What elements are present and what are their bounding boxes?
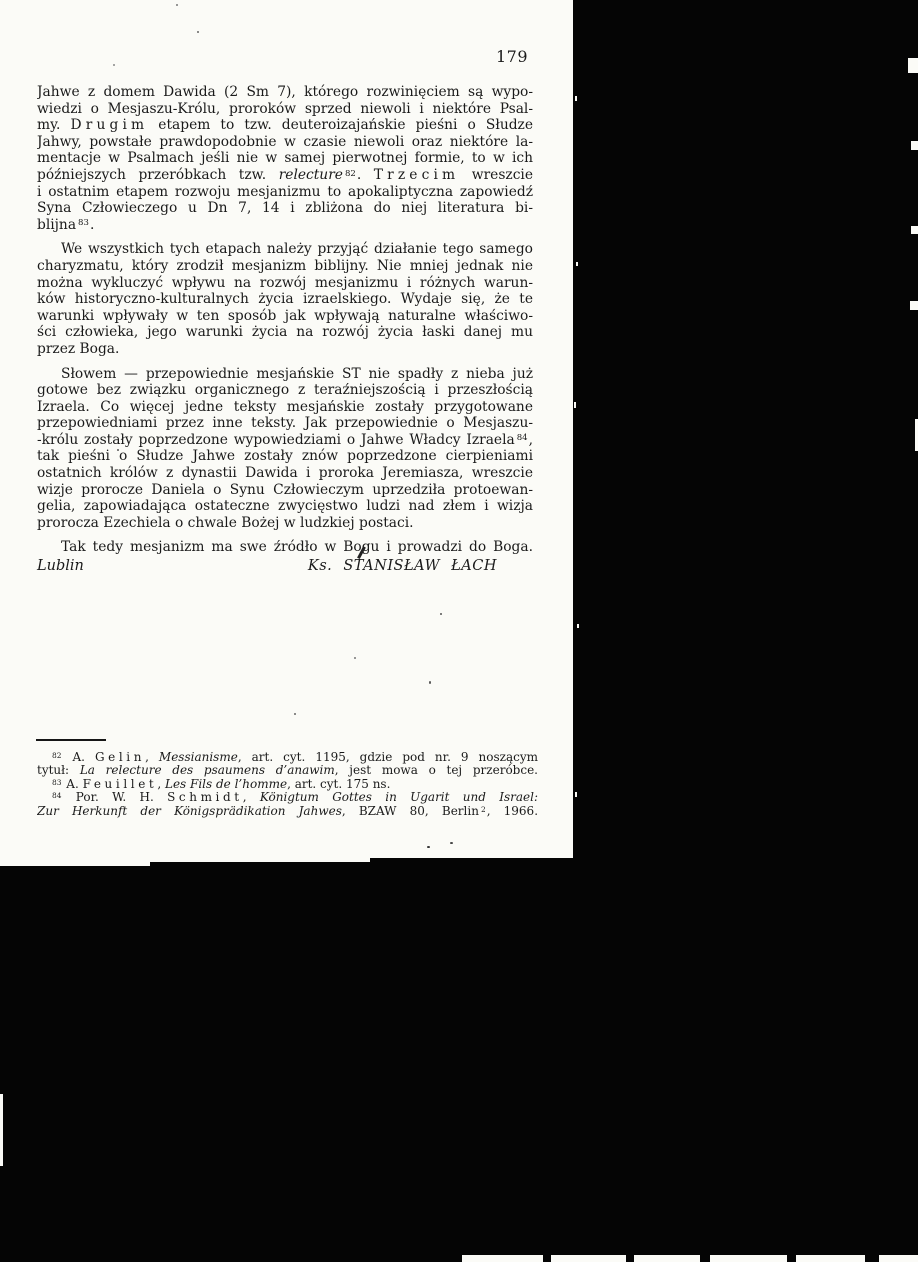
text-line: blijna83. — [37, 217, 533, 234]
scan-speck — [117, 449, 119, 451]
scan-edge-notch — [911, 226, 918, 234]
text-segment: tak pieśni o Słudze Jahwe zostały znów p… — [37, 448, 533, 464]
scan-speck — [427, 846, 430, 848]
text-segment: relecture — [279, 167, 343, 183]
scan-bottom-dash — [543, 1255, 551, 1262]
footnote-ref: 83 — [52, 778, 61, 787]
text-segment: blijna — [37, 217, 76, 233]
text-line: ostatnich królów z dynastii Dawida i pro… — [37, 465, 533, 482]
text-segment: . — [90, 217, 94, 233]
signature-place: Lublin — [37, 558, 84, 574]
text-line: prorocza Ezechiela o chwale Bożej w ludz… — [37, 515, 533, 532]
text-segment: Zur Herkunft der Königsprädikation Jahwe… — [37, 805, 342, 818]
text-segment: , art. cyt. 175 ns. — [287, 778, 390, 791]
text-segment: La relecture des psaumens d’anawim — [80, 764, 335, 777]
text-segment: gelia, zapowiadająca ostateczne zwycięst… — [37, 498, 533, 514]
scan-edge-notch — [0, 1094, 3, 1166]
text-segment: można wykluczyć wpływu na rozwój mesjani… — [37, 275, 533, 291]
text-segment: Izraela. Co więcej jedne teksty mesjańsk… — [37, 399, 533, 415]
text-segment: , art. cyt. 1195, gdzie pod nr. 9 nosząc… — [238, 751, 538, 764]
text-segment: prorocza Ezechiela o chwale Bożej w ludz… — [37, 515, 414, 531]
scan-edge-speck — [575, 96, 577, 101]
text-segment: -królu zostały poprzedzone wypowiedziami… — [37, 432, 515, 448]
text-segment: Słowem — przepowiednie mesjańskie ST nie… — [61, 366, 533, 382]
text-segment: , BZAW 80, Berlin — [342, 805, 479, 818]
scan-bottom-dash — [865, 1255, 879, 1262]
text-line: -królu zostały poprzedzone wypowiedziami… — [37, 432, 533, 449]
text-line: można wykluczyć wpływu na rozwój mesjani… — [37, 275, 533, 292]
text-line: Zur Herkunft der Königsprädikation Jahwe… — [37, 805, 538, 818]
text-segment: , — [157, 778, 165, 791]
text-segment: Trzecim — [374, 167, 459, 183]
text-segment: ków historyczno-kulturalnych życia izrae… — [37, 291, 533, 307]
text-segment: Messianisme — [159, 751, 238, 764]
footnote: 84 Por. W. H. Schmidt, Königtum Gottes i… — [37, 791, 538, 818]
footnote: 82 A. Gelin, Messianisme, art. cyt. 1195… — [37, 751, 538, 778]
paragraph: Słowem — przepowiednie mesjańskie ST nie… — [37, 366, 533, 532]
page-number: 179 — [37, 47, 528, 66]
text-segment: Jahwy, powstałe prawdopodobnie w czasie … — [37, 134, 533, 150]
footnotes: 82 A. Gelin, Messianisme, art. cyt. 1195… — [37, 751, 538, 818]
scan-speck — [294, 713, 296, 715]
text-line: 84 Por. W. H. Schmidt, Königtum Gottes i… — [37, 791, 538, 804]
footnote-ref: 84 — [517, 433, 528, 443]
text-line: Syna Człowieczego u Dn 7, 14 i zbliżona … — [37, 200, 533, 217]
text-segment: wiedzi o Mesjaszu-Królu, proroków sprzed… — [37, 101, 533, 117]
text-segment: Por. W. H. — [62, 791, 167, 804]
scan-speck — [440, 613, 442, 615]
text-segment: tytuł: — [37, 764, 80, 777]
text-line: ści człowieka, jego warunki życia na roz… — [37, 324, 533, 341]
text-segment: mentacje w Psalmach jeśli nie w samej pi… — [37, 150, 533, 166]
footnote-ref: 2 — [481, 805, 486, 814]
text-segment: Tak tedy mesjanizm ma swe źródło w Bogu … — [61, 539, 533, 555]
text-line: przepowiedniami przez inne teksty. Jak p… — [37, 415, 533, 432]
scan-edge-speck — [574, 402, 576, 408]
text-line: ków historyczno-kulturalnych życia izrae… — [37, 291, 533, 308]
text-segment: przepowiedniami przez inne teksty. Jak p… — [37, 415, 533, 431]
text-segment: We wszystkich tych etapach należy przyją… — [61, 241, 533, 257]
text-segment: gotowe bez związku organicznego z teraźn… — [37, 382, 533, 398]
scan-bottom-dash — [626, 1255, 634, 1262]
text-line: Tak tedy mesjanizm ma swe źródło w Bogu … — [37, 539, 533, 556]
paragraph: Tak tedy mesjanizm ma swe źródło w Bogu … — [37, 539, 533, 556]
page: 179 Jahwe z domem Dawida (2 Sm 7), które… — [0, 0, 573, 866]
text-segment: warunki wpływały w ten sposób jak wpływa… — [37, 308, 533, 324]
text-segment: , jest mowa o tej przeróbce. — [335, 764, 538, 777]
text-segment: wizje prorocze Daniela o Synu Człowieczy… — [37, 482, 533, 498]
text-line: Izraela. Co więcej jedne teksty mesjańsk… — [37, 399, 533, 416]
text-line: my. Drugim etapem to tzw. deuteroizajańs… — [37, 117, 533, 134]
paragraph: We wszystkich tych etapach należy przyją… — [37, 241, 533, 357]
scan-bottom-dash — [700, 1255, 710, 1262]
footnote-separator-rule — [36, 739, 106, 741]
footnote-ref: 83 — [78, 218, 89, 228]
text-line: Jahwe z domem Dawida (2 Sm 7), którego r… — [37, 84, 533, 101]
text-line: wiedzi o Mesjaszu-Królu, proroków sprzed… — [37, 101, 533, 118]
text-line: mentacje w Psalmach jeśli nie w samej pi… — [37, 150, 533, 167]
signature-author: Ks. STANISŁAW ŁACH — [308, 558, 497, 574]
paragraph: Jahwe z domem Dawida (2 Sm 7), którego r… — [37, 84, 533, 233]
text-segment: charyzmatu, który zrodził mesjanizm bibl… — [37, 258, 533, 274]
scan-edge-notch — [911, 141, 918, 150]
text-segment: Schmidt — [167, 791, 243, 804]
footnote-ref: 82 — [345, 169, 356, 179]
text-line: warunki wpływały w ten sposób jak wpływa… — [37, 308, 533, 325]
text-line: Jahwy, powstałe prawdopodobnie w czasie … — [37, 134, 533, 151]
text-segment: , — [529, 432, 533, 448]
text-segment: , 1966. — [487, 805, 538, 818]
scan-speck — [197, 31, 199, 33]
text-segment: przez Boga. — [37, 341, 119, 357]
scan-edge-speck — [575, 792, 577, 797]
scan-speck — [429, 681, 431, 684]
text-line: We wszystkich tych etapach należy przyją… — [37, 241, 533, 258]
text-line: wizje prorocze Daniela o Synu Człowieczy… — [37, 482, 533, 499]
text-segment: i ostatnim etapem rozwoju mesjanizmu to … — [37, 184, 533, 200]
signature-row: Lublin Ks. STANISŁAW ŁACH — [37, 558, 497, 574]
text-segment: Königtum Gottes in Ugarit und Israel: — [260, 791, 538, 804]
text-line: Słowem — przepowiednie mesjańskie ST nie… — [37, 366, 533, 383]
text-segment: Gelin — [95, 751, 145, 764]
text-segment: ści człowieka, jego warunki życia na roz… — [37, 324, 533, 340]
scan-edge-notch — [908, 58, 918, 73]
text-line: 82 A. Gelin, Messianisme, art. cyt. 1195… — [37, 751, 538, 764]
text-segment: Drugim — [71, 117, 149, 133]
text-line: tak pieśni o Słudze Jahwe zostały znów p… — [37, 448, 533, 465]
scan-speck — [450, 842, 453, 844]
text-line: gotowe bez związku organicznego z teraźn… — [37, 382, 533, 399]
scan-bottom-strip — [462, 1255, 918, 1262]
text-line: przez Boga. — [37, 341, 533, 358]
text-line: charyzmatu, który zrodził mesjanizm bibl… — [37, 258, 533, 275]
text-segment: ostatnich królów z dynastii Dawida i pro… — [37, 465, 533, 481]
text-line: 83 A. Feuillet, Les Fils de l’homme, art… — [37, 778, 538, 791]
text-segment: wreszcie — [459, 167, 533, 183]
text-segment: . — [357, 167, 374, 183]
scan-edge-notch — [910, 301, 918, 310]
text-segment: Syna Człowieczego u Dn 7, 14 i zbliżona … — [37, 200, 533, 216]
footnote-ref: 84 — [52, 791, 61, 800]
text-line: gelia, zapowiadająca ostateczne zwycięst… — [37, 498, 533, 515]
text-segment: Jahwe z domem Dawida (2 Sm 7), którego r… — [37, 84, 533, 100]
scan-edge-speck — [576, 262, 578, 266]
scan-speck — [354, 657, 356, 659]
text-segment: późniejszych przeróbkach tzw. — [37, 167, 279, 183]
scan-speck — [113, 64, 115, 66]
footnote: 83 A. Feuillet, Les Fils de l’homme, art… — [37, 778, 538, 791]
text-line: tytuł: La relecture des psaumens d’anawi… — [37, 764, 538, 777]
scanned-page-canvas: 179 Jahwe z domem Dawida (2 Sm 7), które… — [0, 0, 918, 1262]
scan-speck — [176, 4, 178, 6]
text-line: i ostatnim etapem rozwoju mesjanizmu to … — [37, 184, 533, 201]
text-segment: A. — [62, 751, 95, 764]
scan-edge-speck — [577, 624, 579, 628]
text-segment: Feuillet — [83, 778, 158, 791]
scan-bottom-dash — [787, 1255, 796, 1262]
text-segment: , — [145, 751, 159, 764]
text-line: późniejszych przeróbkach tzw. relecture8… — [37, 167, 533, 184]
scan-edge-step — [370, 858, 574, 866]
text-segment: , — [243, 791, 260, 804]
text-segment: my. — [37, 117, 71, 133]
text-segment: etapem to tzw. deuteroizajańskie pieśni … — [148, 117, 533, 133]
text-segment: A. — [62, 778, 82, 791]
text-segment: Les Fils de l’homme — [165, 778, 287, 791]
footnote-ref: 82 — [52, 751, 61, 760]
body-paragraphs: Jahwe z domem Dawida (2 Sm 7), którego r… — [37, 84, 533, 556]
